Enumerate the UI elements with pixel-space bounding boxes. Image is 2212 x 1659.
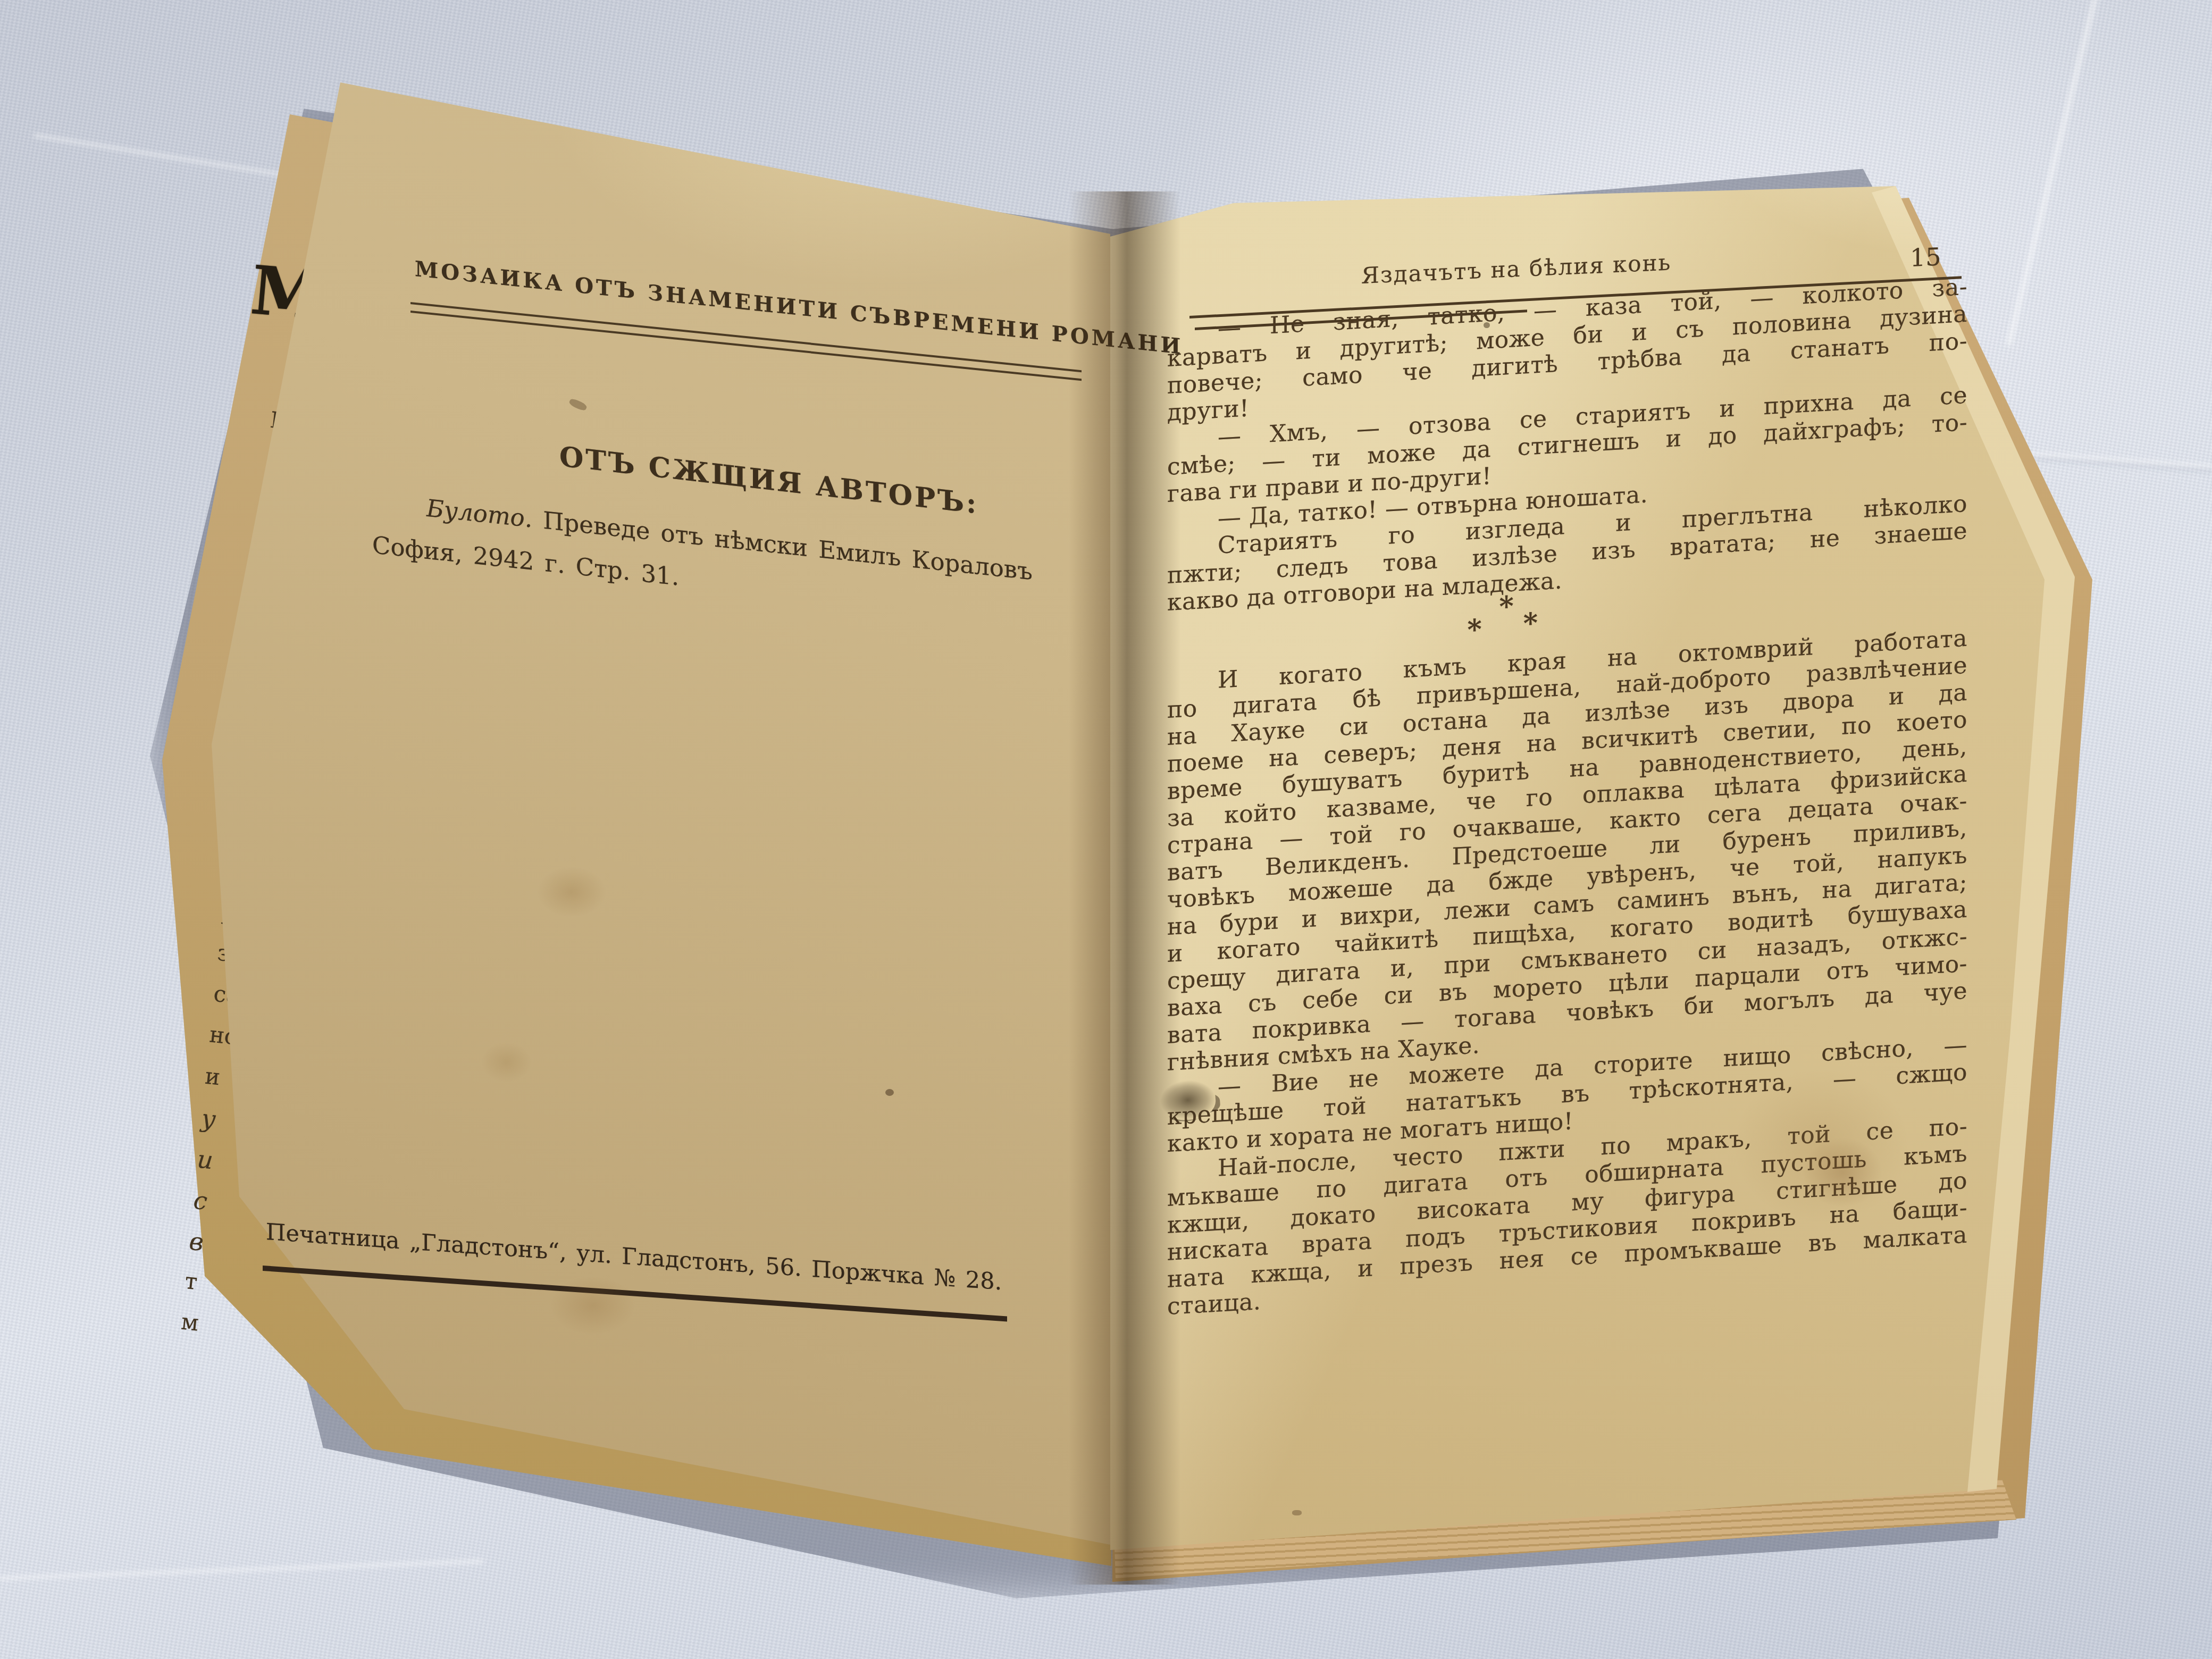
speck	[885, 1089, 894, 1096]
gutter-shadow	[1069, 191, 1180, 1585]
asterisk-glyph: *	[1523, 609, 1538, 638]
speck	[1484, 322, 1490, 328]
edge-fragment: с	[192, 1186, 208, 1216]
edge-fragment: у	[200, 1104, 217, 1134]
photo-of-open-book: { "left_page": { "series_header": "МОЗАИ…	[0, 0, 2212, 1659]
edge-fragment: и	[204, 1063, 222, 1091]
edge-fragment: и	[196, 1145, 214, 1175]
edge-fragment: м	[180, 1308, 200, 1336]
cloth-crease	[2006, 0, 2104, 346]
stain	[481, 1042, 532, 1082]
edge-fragment: в	[188, 1227, 205, 1257]
stain	[550, 1276, 635, 1335]
asterisk-glyph: *	[1499, 593, 1514, 621]
page-number: 15	[1910, 242, 1941, 272]
speck	[1292, 1510, 1302, 1515]
stain	[537, 867, 606, 917]
book-entry-title: Булото.	[426, 494, 532, 533]
asterisk-glyph: *	[1467, 616, 1482, 644]
cloth-crease	[0, 1560, 484, 1580]
stain	[1803, 1138, 1882, 1207]
